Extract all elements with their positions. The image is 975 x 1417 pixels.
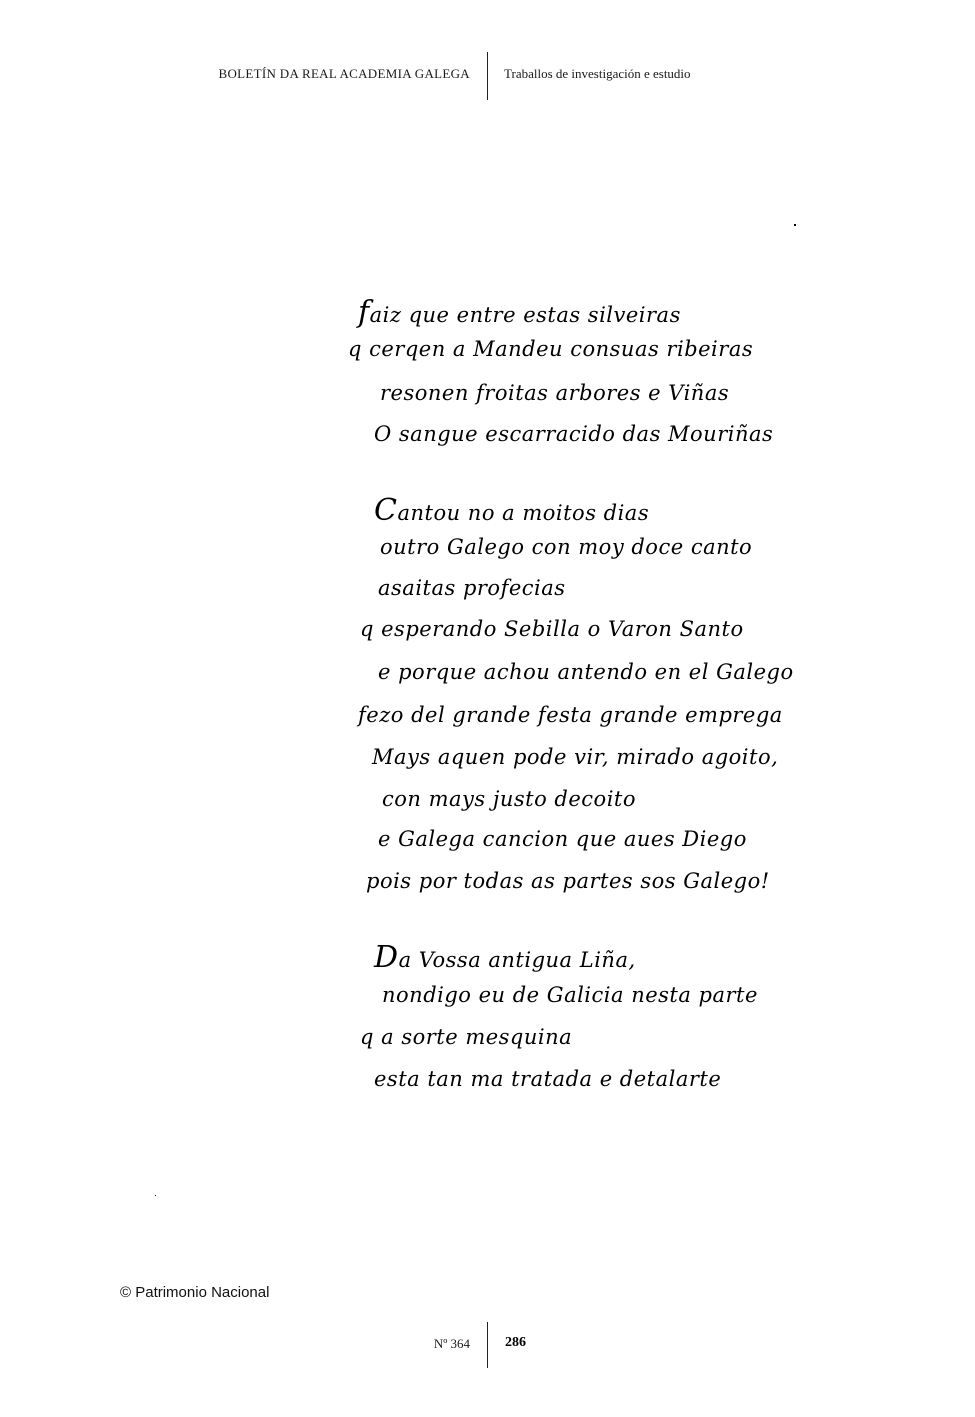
- manuscript-line: resonen froitas arbores e Viñas: [380, 381, 729, 405]
- header-divider: [487, 52, 488, 100]
- manuscript-line: e Galega cancion que aues Diego: [378, 827, 747, 851]
- manuscript-line: esta tan ma tratada e detalarte: [374, 1067, 721, 1091]
- manuscript-line: O sangue escarracido das Mouriñas: [374, 422, 773, 446]
- manuscript-line: Mays aquen pode vir, mirado agoito,: [372, 745, 778, 769]
- manuscript-line: outro Galego con moy doce canto: [380, 535, 752, 559]
- manuscript-line: nondigo eu de Galicia nesta parte: [382, 983, 758, 1007]
- scan-speck: [794, 224, 796, 226]
- scan-speck: [155, 1195, 156, 1196]
- section-title: Traballos de investigación e estudio: [504, 66, 691, 82]
- page-number: 286: [505, 1335, 526, 1351]
- manuscript-line: fezo del grande festa grande emprega: [358, 703, 783, 727]
- manuscript-line: Cantou no a moitos dias: [374, 493, 649, 528]
- running-footer: Nº 364 286: [0, 1322, 975, 1368]
- manuscript-line: faiz que entre estas silveiras: [358, 295, 681, 330]
- manuscript-line: con mays justo decoito: [382, 787, 636, 811]
- manuscript-line: e porque achou antendo en el Galego: [378, 660, 794, 684]
- manuscript-line: Da Vossa antigua Liña,: [374, 940, 636, 975]
- manuscript-line: q cerqen a Mandeu consuas ribeiras: [348, 337, 753, 361]
- manuscript-line: asaitas profecias: [378, 576, 566, 600]
- manuscript-line: pois por todas as partes sos Galego!: [366, 869, 770, 893]
- footer-divider: [487, 1322, 488, 1368]
- issue-number: Nº 364: [434, 1336, 470, 1352]
- manuscript-line: q esperando Sebilla o Varon Santo: [360, 617, 744, 641]
- running-header: BOLETÍN DA REAL ACADEMIA GALEGA Traballo…: [0, 52, 975, 100]
- journal-title: BOLETÍN DA REAL ACADEMIA GALEGA: [219, 66, 470, 82]
- image-credit: © Patrimonio Nacional: [120, 1284, 269, 1301]
- manuscript-line: q a sorte mesquina: [360, 1025, 572, 1049]
